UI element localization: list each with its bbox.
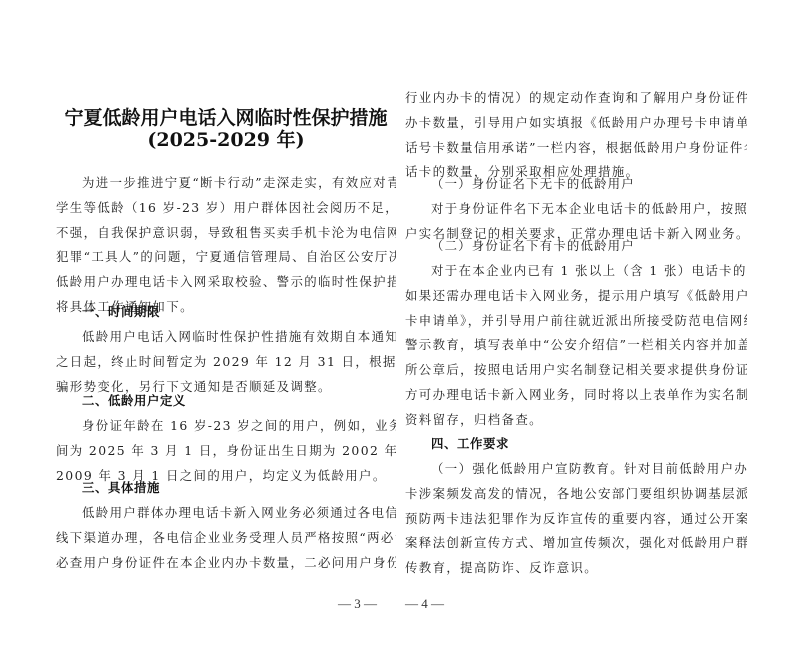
text-line: 案释法创新宣传方式、增加宣传频次，强化对低龄用户群体的宣 <box>405 531 747 556</box>
document-title-years: (2025-2029 年) <box>56 125 396 152</box>
text-line: 传教育，提高防诈、反诈意识。 <box>405 556 747 581</box>
text-line: 所公章后，按照电话用户实名制登记相关要求提供身份证明资料 <box>405 358 747 383</box>
text-line: 警示教育，填写表单中“公安介绍信”一栏相关内容并加盖派出 <box>405 333 747 358</box>
page-number-4: — 4 — <box>405 596 444 612</box>
text-line: 对于在本企业内已有 1 张以上（含 1 张）电话卡的低龄用户， <box>405 259 747 284</box>
text-line: 线下渠道办理，各电信企业业务受理人员严格按照“两必”（一 <box>56 526 396 551</box>
text-line: 学生等低龄（16 岁-23 岁）用户群体因社会阅历不足，法治观念 <box>56 196 396 221</box>
text-line: 不强，自我保护意识弱，导致租售买卖手机卡沦为电信网络诈骗 <box>56 221 396 246</box>
text-line: 之日起，终止时间暂定为 2029 年 12 月 31 日，根据电信网络诈 <box>56 350 396 375</box>
text-line: 必查用户身份证件在本企业内办卡数量，二必问用户身份证件在 <box>56 551 396 576</box>
text-line: 话号卡数量信用承诺”一栏内容，根据低龄用户身份证件名下电 <box>405 136 747 161</box>
subheading-has-card: （二）身份证名下有卡的低龄用户 <box>405 234 635 259</box>
section-heading-time-limit: 一、时间期限 <box>56 300 160 325</box>
text-line: 低龄用户群体办理电话卡新入网业务必须通过各电信企业 <box>56 501 396 526</box>
text-line: 卡申请单》，并引导用户前往就近派出所接受防范电信网络诈骗 <box>405 309 747 334</box>
text-line: 犯罪“工具人”的问题，宁夏通信管理局、自治区公安厅决定对 <box>56 245 396 270</box>
continuation-paragraph: 行业内办卡的情况）的规定动作查询和了解用户身份证件名下已 办卡数量，引导用户如实… <box>405 86 747 185</box>
page-number-3: — 3 — <box>338 596 377 612</box>
text-line: 卡涉案频发高发的情况，各地公安部门要组织协调基层派出所将 <box>405 482 747 507</box>
sub2-paragraph: 对于在本企业内已有 1 张以上（含 1 张）电话卡的低龄用户， 如果还需办理电话… <box>405 259 747 433</box>
section4-paragraph: （一）强化低龄用户宣防教育。针对目前低龄用户办理电话 卡涉案频发高发的情况，各地… <box>405 457 747 581</box>
text-line: 身份证年龄在 16 岁-23 岁之间的用户，例如，业务办理时 <box>56 414 396 439</box>
text-line: 资料留存，归档备查。 <box>405 408 747 433</box>
text-line: 如果还需办理电话卡入网业务，提示用户填写《低龄用户办理号 <box>405 284 747 309</box>
text-line: 间为 2025 年 3 月 1 日，身份证出生日期为 2002 年 3 月 2 … <box>56 439 396 464</box>
section-heading-measures: 三、具体措施 <box>56 476 160 501</box>
section-heading-work-requirements: 四、工作要求 <box>405 432 509 457</box>
section3-paragraph: 低龄用户群体办理电话卡新入网业务必须通过各电信企业 线下渠道办理，各电信企业业务… <box>56 501 396 575</box>
text-line: 为进一步推进宁夏“断卡行动”走深走实，有效应对青少年 <box>56 171 396 196</box>
text-line: 方可办理电话卡新入网业务，同时将以上表单作为实名制登记的 <box>405 383 747 408</box>
text-line: 低龄用户办理电话卡入网采取校验、警示的临时性保护措施，现 <box>56 270 396 295</box>
intro-paragraph: 为进一步推进宁夏“断卡行动”走深走实，有效应对青少年 学生等低龄（16 岁-23… <box>56 171 396 320</box>
section-heading-definition: 二、低龄用户定义 <box>56 389 186 414</box>
text-line: 对于身份证件名下无本企业电话卡的低龄用户，按照电话用 <box>405 197 747 222</box>
text-line: 行业内办卡的情况）的规定动作查询和了解用户身份证件名下已 <box>405 86 747 111</box>
text-line: 低龄用户电话入网临时性保护性措施有效期自本通知下发 <box>56 325 396 350</box>
text-line: 预防两卡违法犯罪作为反诈宣传的重要内容，通过公开案例、以 <box>405 507 747 532</box>
subheading-no-card: （一）身份证名下无卡的低龄用户 <box>405 172 635 197</box>
text-line: 办卡数量，引导用户如实填报《低龄用户办理号卡申请单》中“电 <box>405 111 747 136</box>
text-line: （一）强化低龄用户宣防教育。针对目前低龄用户办理电话 <box>405 457 747 482</box>
